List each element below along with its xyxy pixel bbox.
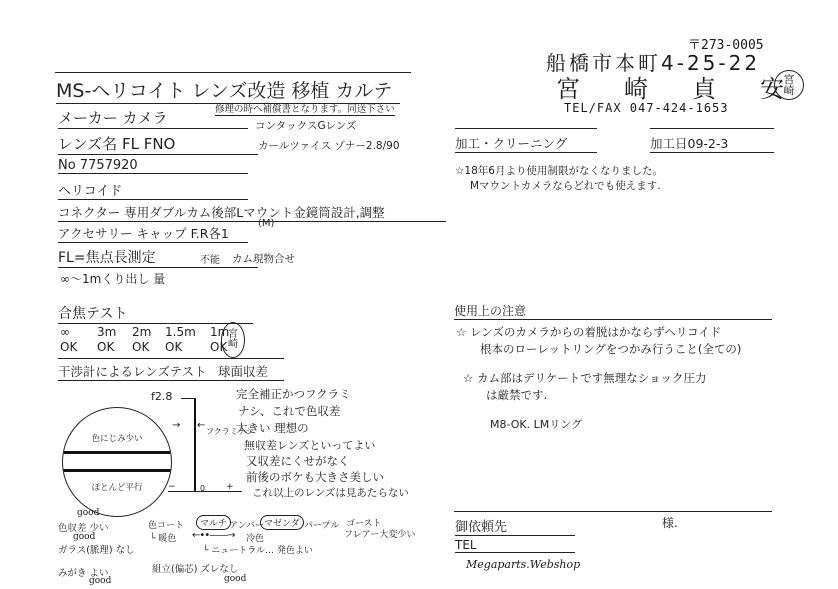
neutral-line: └ ニュートラル… 発色よい: [203, 543, 313, 556]
divider: [455, 128, 597, 129]
divider: [58, 358, 284, 359]
double-arrow-icon: ←••——→: [192, 530, 235, 541]
fl-not-possible: 不能: [200, 251, 220, 266]
fringe-diagram: 色にじみ少い ほとんど平行: [62, 407, 172, 517]
connector-note: (M): [258, 218, 274, 229]
stamp-char: 崎: [228, 340, 238, 350]
maker-label: メーカー カメラ: [58, 107, 248, 129]
fringe-line: [63, 451, 171, 454]
warm-text: 暖色: [158, 534, 176, 544]
divider: [55, 72, 411, 73]
result-cell: OK: [132, 340, 165, 354]
divider: [454, 511, 772, 512]
note-line: 無収差レンズといってよい: [244, 437, 375, 453]
tel-fax: TEL/FAX 047-424-1653: [564, 101, 729, 115]
good-tag: good: [77, 508, 99, 518]
arrow-right-icon: →: [172, 420, 180, 431]
note-line: 大きい 理想の: [236, 420, 309, 436]
fl-cam-fit-note: カム現物合せ: [232, 251, 295, 266]
graph-top-tick: [181, 398, 195, 399]
divider: [650, 128, 774, 129]
focus-distances: ∞ 3m 2m 1.5m 1m: [60, 325, 240, 339]
processing-date: 加工日09-2-3: [650, 134, 774, 153]
accessory-line: アクセサリー キャップ F.R各1: [58, 224, 248, 243]
axis-minus: −: [168, 482, 176, 492]
client-shop-name: Megaparts.Webshop: [466, 558, 580, 571]
processing-note-2: Mマウントカメラならどれでも使えます.: [470, 178, 661, 193]
assembly-centering-item: 組立(偏芯) ズレなし: [152, 561, 238, 575]
aperture-label: f2.8: [151, 390, 172, 403]
parallel-note: ほとんど平行: [63, 481, 171, 493]
focus-results: OK OK OK OK OK: [60, 340, 240, 354]
processing-title: 加工・クリーニング: [455, 134, 597, 153]
mount-compat-note: M8-OK. LMリング: [490, 416, 582, 432]
result-cell: OK: [60, 340, 97, 354]
flare-note: フレアー大変少い: [344, 527, 415, 540]
note-line: これ以上のレンズは見あたらない: [252, 485, 409, 500]
client-honorific: 様.: [662, 514, 678, 531]
card-title: MS-ヘリコイト レンズ改造 移植 カルテ: [56, 76, 400, 104]
caution-item: ☆ レンズのカメラからの着脱はかならずヘリコイド: [456, 324, 721, 340]
glass-striae-item: ガラス(脈理) なし: [58, 542, 135, 556]
caution-item: ☆ カム部はデリケートです無理なショック圧力: [463, 370, 707, 386]
spherical-aberration-label: 球面収差: [218, 362, 268, 380]
result-cell: OK: [165, 340, 210, 354]
maker-value: コンタックスGレンズ: [255, 118, 357, 133]
lens-value: カールツァイス ゾナー2.8/90: [258, 138, 400, 153]
fl-measurement: FL=焦点長測定: [58, 247, 258, 268]
axis-plus: +: [226, 482, 234, 492]
lens-label: レンズ名 FL FNO: [58, 133, 258, 155]
name-char: 貞: [692, 69, 716, 104]
distance-cell: ∞: [60, 325, 97, 339]
note-line: 完全補正かつフクラミ: [236, 386, 351, 402]
axis-zero: 0: [200, 484, 205, 493]
processing-note-1: ☆18年6月より使用制限がなくなりました。: [455, 163, 663, 178]
coating-magenta-circled: マゼンダ: [260, 515, 304, 530]
note-line: ナシ、これで色収差: [238, 403, 340, 419]
coating-label: 色コート: [148, 518, 184, 531]
caution-item: 根本のローレットリングをつかみ行うこと(全ての): [480, 341, 741, 357]
note-line: 又収差にくせがなく: [246, 453, 350, 469]
client-tel-label: TEL: [455, 538, 575, 553]
seal-stamp-icon: 宮 崎: [221, 322, 245, 358]
good-tag: good: [73, 532, 95, 542]
focus-test-title: 合焦テスト: [58, 303, 253, 324]
serial-number: No 7757920: [58, 158, 248, 174]
distance-cell: 1.5m: [165, 325, 210, 339]
helicoid-label: ヘリコイド: [58, 180, 248, 200]
fringe-line: [63, 469, 171, 472]
name-char: 宮: [556, 69, 580, 104]
result-cell: OK: [97, 340, 132, 354]
stamp-char: 崎: [784, 85, 795, 96]
arrow-left-icon: ←: [197, 420, 205, 431]
note-line: 前後のボケも大きさ美しい: [246, 469, 384, 485]
neutral-text: ニュートラル… 発色よい: [211, 546, 313, 556]
coating-multi-circled: マルチ: [196, 515, 231, 530]
good-tag: good: [224, 574, 246, 584]
seal-stamp-icon: 宮 崎: [774, 70, 804, 100]
distance-cell: 3m: [97, 325, 132, 339]
warm-color-label: └ 暖色: [150, 531, 176, 544]
connector-line: コネクター 専用ダブルカム後部Lマウント金鏡筒設計,調整: [58, 203, 446, 222]
proprietor-name: 宮 崎 貞 安: [556, 69, 784, 104]
good-tag: good: [89, 576, 111, 586]
caution-item: は厳禁です.: [486, 387, 547, 403]
color-fringe-note: 色にじみ少い: [63, 432, 171, 444]
name-char: 崎: [624, 69, 648, 104]
distance-cell: 2m: [132, 325, 165, 339]
caution-title: 使用上の注意: [454, 302, 772, 320]
graph-axis: [194, 398, 196, 491]
client-label: 御依頼先: [455, 516, 575, 536]
extension-range: ∞～1mくり出し 量: [60, 270, 165, 287]
coating-purple: パープル: [304, 518, 339, 531]
